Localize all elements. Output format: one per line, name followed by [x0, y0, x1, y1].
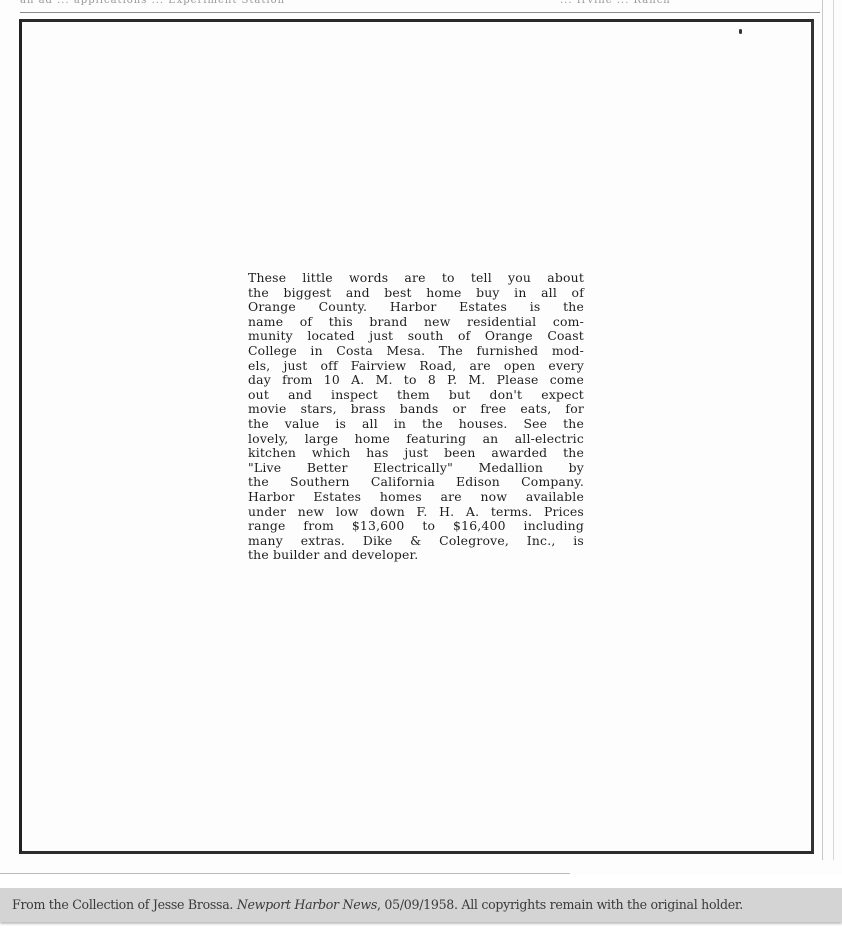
- article-body: These little words are to tell you about…: [248, 271, 584, 563]
- attribution-banner: From the Collection of Jesse Brossa. New…: [0, 888, 842, 922]
- header-fragment-left: an ad ... applications ... Experiment St…: [20, 0, 285, 4]
- attribution-text: From the Collection of Jesse Brossa. New…: [12, 897, 743, 912]
- article-line: Orange County. Harbor Estates is the: [248, 300, 584, 315]
- column-rule: [822, 0, 823, 860]
- bottom-rule: [0, 873, 570, 874]
- article-line: These little words are to tell you about: [248, 271, 584, 286]
- attribution-prefix: From the Collection of Jesse Brossa.: [12, 897, 237, 912]
- column-rule: [833, 0, 834, 860]
- article-line: els, just off Fairview Road, are open ev…: [248, 359, 584, 374]
- article-line: range from $13,600 to $16,400 including: [248, 519, 584, 534]
- article-line: Harbor Estates homes are now available: [248, 490, 584, 505]
- article-line: movie stars, brass bands or free eats, f…: [248, 402, 584, 417]
- newspaper-clipping: an ad ... applications ... Experiment St…: [0, 0, 842, 875]
- ink-speck: [739, 29, 742, 34]
- article-line: out and inspect them but don't expect: [248, 388, 584, 403]
- article-line: kitchen which has just been awarded the: [248, 446, 584, 461]
- top-rule: [20, 12, 820, 13]
- article-line: "Live Better Electrically" Medallion by: [248, 461, 584, 476]
- publication-name: Newport Harbor News: [237, 897, 377, 912]
- article-line: the value is all in the houses. See the: [248, 417, 584, 432]
- article-line: the Southern California Edison Company.: [248, 475, 584, 490]
- attribution-suffix: , 05/09/1958. All copyrights remain with…: [377, 897, 743, 912]
- article-line: College in Costa Mesa. The furnished mod…: [248, 344, 584, 359]
- article-line: day from 10 A. M. to 8 P. M. Please come: [248, 373, 584, 388]
- header-fragment-right: ... Irvine ... Ranch: [560, 0, 671, 4]
- cut-off-header-text: an ad ... applications ... Experiment St…: [20, 0, 820, 8]
- article-line: many extras. Dike & Colegrove, Inc., is: [248, 534, 584, 549]
- article-line: lovely, large home featuring an all-elec…: [248, 432, 584, 447]
- article-line: name of this brand new residential com-: [248, 315, 584, 330]
- article-line: the biggest and best home buy in all of: [248, 286, 584, 301]
- article-line: munity located just south of Orange Coas…: [248, 329, 584, 344]
- article-line: the builder and developer.: [248, 548, 584, 563]
- article-line: under new low down F. H. A. terms. Price…: [248, 505, 584, 520]
